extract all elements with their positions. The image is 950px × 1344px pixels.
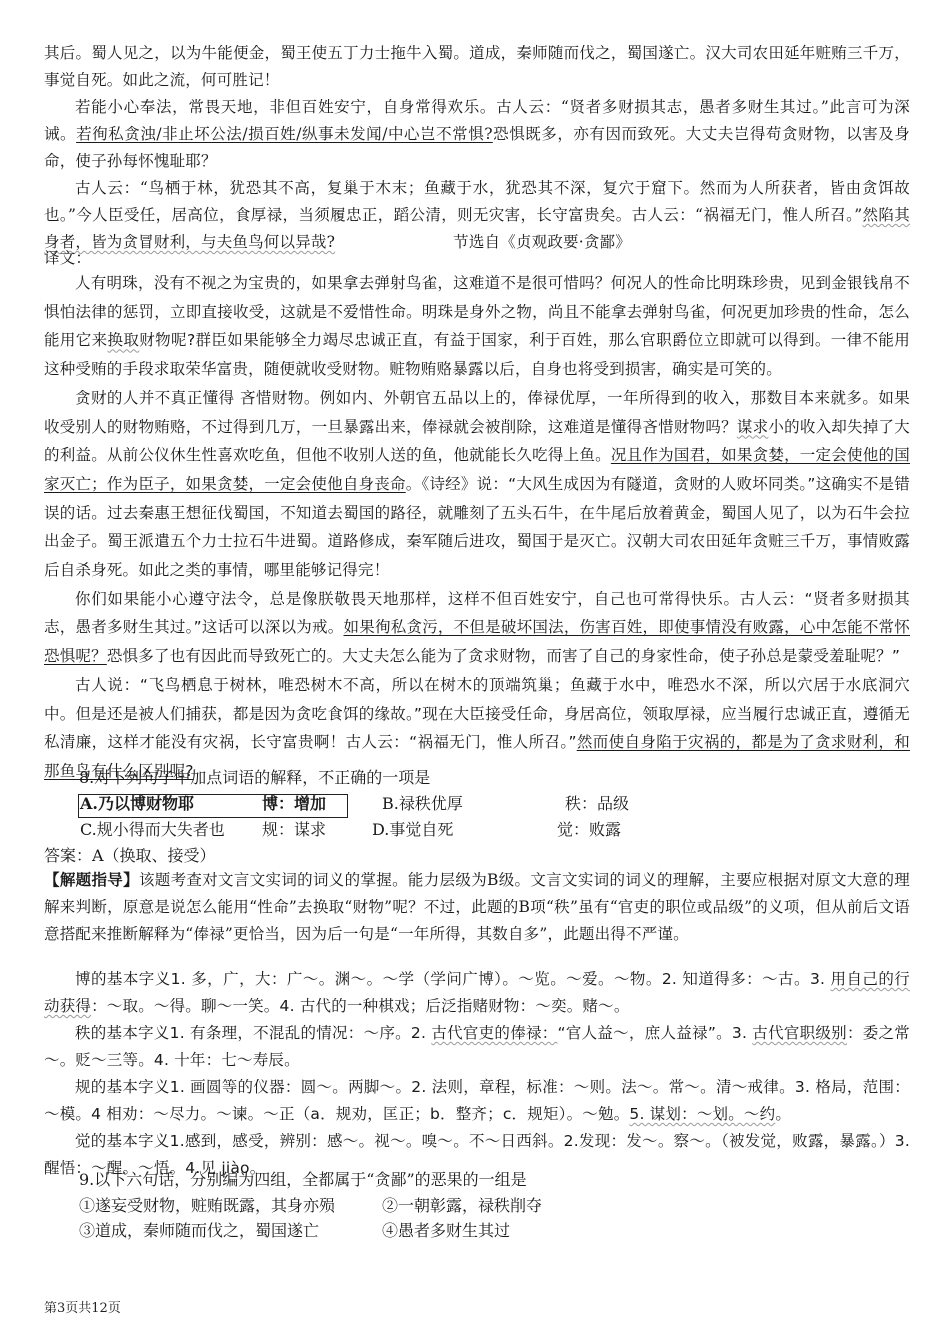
underlined-text: 古代官职级别 [752, 1024, 847, 1042]
q9-stem: 9.以下六句话，分别编为四组，全都属于“贪鄙”的恶果的一组是 [79, 1167, 527, 1193]
text-segment: ：～取。～得。聊～一笑。4. 古代的一种棋戏；后泛指赌财物：～奕。赌～。 [91, 997, 629, 1015]
translation-label: 译文： [44, 247, 910, 269]
q8-option-c-gloss: 规：谋求 [262, 817, 326, 843]
q9-item-4: ④愚者多财生其过 [382, 1218, 510, 1244]
q8-stem: 8.对下列句子中加点词语的解释，不正确的一项是 [79, 765, 430, 791]
original-paragraph-3: 古人云：“鸟栖于林，犹恐其不高，复巢于木末；鱼藏于水，犹恐其不深，复穴于窟下。然… [44, 175, 910, 256]
text-segment: 财物呢?群臣如果能够全力竭尽忠诚正直，有益于国家，利于百姓，那么官职爵位立即就可… [44, 331, 910, 378]
underlined-text: 5. 谋划：～划。～约 [629, 1105, 775, 1123]
text-segment: 该题考查对文言文实词的词义的掌握。能力层级为B级。文言文实词的词义的理解，主要应… [44, 871, 910, 943]
q8-option-b-gloss: 秩：品级 [565, 791, 629, 817]
q8-guide-text: 【解题指导】该题考查对文言文实词的词义的掌握。能力层级为B级。文言文实词的词义的… [44, 866, 910, 948]
text-segment: “官人益～，庶人益禄”。3. [558, 1024, 753, 1042]
q8-option-b-label: B.禄秩优厚 [382, 791, 463, 817]
q9-item-1: ①遂妄受财物，赃贿既露，其身亦殒 [79, 1193, 335, 1219]
original-text: 其后。蜀人见之，以为牛能便金，蜀王使五丁力士拖牛入蜀。道成，秦师随而伐之，蜀国遂… [44, 40, 910, 256]
text-segment: 恐惧多了也有因此而导致死亡的。大丈夫怎么能为了贪求财物，而害了自己的身家性命，使… [107, 647, 900, 665]
document-page: 其后。蜀人见之，以为牛能便金，蜀王使五丁力士拖牛入蜀。道成，秦师随而伐之，蜀国遂… [0, 0, 950, 1344]
translation-paragraph-1: 人有明珠，没有不视之为宝贵的，如果拿去弹射鸟雀，这难道不是很可惜吗？何况人的性命… [44, 269, 910, 384]
underlined-text: 换取 [108, 331, 140, 349]
q8-guide: 【解题指导】该题考查对文言文实词的词义的掌握。能力层级为B级。文言文实词的词义的… [44, 866, 910, 948]
definition-zhi: 秩的基本字义1. 有条理，不混乱的情况：～序。2. 古代官吏的俸禄：“官人益～，… [44, 1020, 910, 1074]
q8-option-c-label: C.规小得而大失者也 [80, 817, 225, 843]
original-paragraph-1: 其后。蜀人见之，以为牛能便金，蜀王使五丁力士拖牛入蜀。道成，秦师随而伐之，蜀国遂… [44, 40, 910, 94]
page-number: 第3页共12页 [44, 1297, 121, 1316]
text-segment: 古人云：“鸟栖于林，犹恐其不高，复巢于木末；鱼藏于水，犹恐其不深，复穴于窟下。然… [44, 179, 910, 224]
q8-definitions: 博的基本字义1. 多，广，大：广～。渊～。～学（学问广博）。～览。～爱。～物。2… [44, 966, 910, 1182]
q9-item-2: ②一朝彰露，禄秩削夺 [382, 1193, 542, 1219]
text-segment: 秩的基本字义1. 有条理，不混乱的情况：～序。2. [75, 1024, 431, 1042]
q8-option-a-gloss: 博：增加 [262, 791, 326, 817]
q8-option-d-label: D.事觉自死 [372, 817, 453, 843]
translation-paragraph-2: 贪财的人并不真正懂得 吝惜财物。例如内、外朝官五品以上的，俸禄优厚，一年所得到的… [44, 384, 910, 585]
q8-option-a-label: A.乃以博财物耶 [80, 791, 194, 817]
original-paragraph-2: 若能小心奉法，常畏天地，非但百姓安宁，自身常得欢乐。古人云：“贤者多财损其志，愚… [44, 94, 910, 175]
q9-item-3: ③道成，秦师随而伐之，蜀国遂亡 [79, 1218, 319, 1244]
text-segment: 【解题指导】 [44, 870, 139, 889]
text-segment: 。 [775, 1105, 791, 1123]
text-segment: 其后。蜀人见之，以为牛能便金，蜀王使五丁力士拖牛入蜀。道成，秦师随而伐之，蜀国遂… [44, 44, 910, 89]
underlined-text: 古代官吏的俸禄： [431, 1024, 557, 1042]
q8-option-d-gloss: 觉：败露 [557, 817, 621, 843]
translation: 译文： 人有明珠，没有不视之为宝贵的，如果拿去弹射鸟雀，这难道不是很可惜吗？何况… [44, 247, 910, 786]
text-segment: 博的基本字义1. 多，广，大：广～。渊～。～学（学问广博）。～览。～爱。～物。2… [75, 970, 831, 988]
definition-gui: 规的基本字义1. 画圆等的仪器：圆～。两脚～。2. 法则，章程，标准：～则。法～… [44, 1074, 910, 1128]
underlined-text: 谋求 [737, 418, 769, 436]
translation-paragraph-3: 你们如果能小心遵守法令，总是像朕敬畏天地那样，这样不但百姓安宁，自己也可常得快乐… [44, 585, 910, 671]
underlined-text: 若徇私贪浊/非止坏公法/损百姓/纵事未发闻/中心岂不常惧? [76, 125, 493, 143]
definition-bo: 博的基本字义1. 多，广，大：广～。渊～。～学（学问广博）。～览。～爱。～物。2… [44, 966, 910, 1020]
